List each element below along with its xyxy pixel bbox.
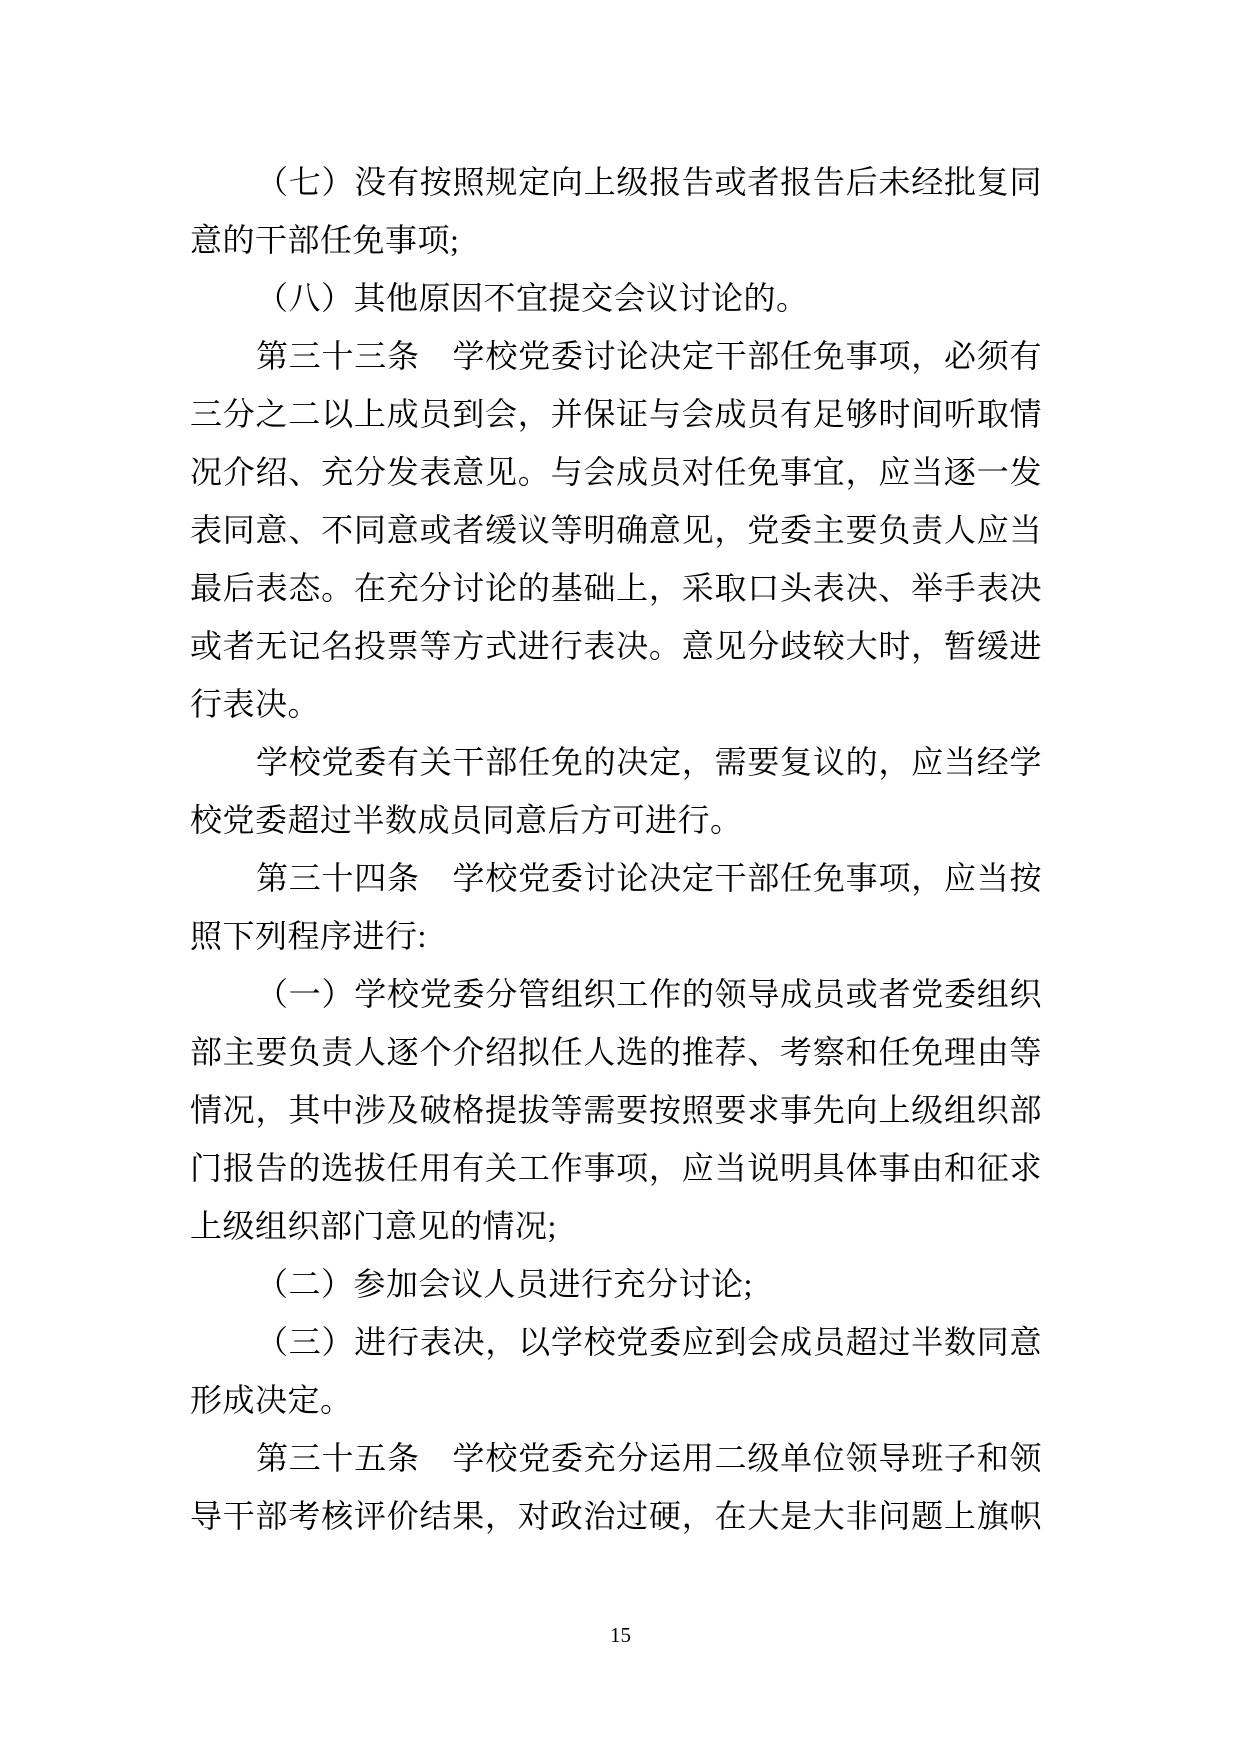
text-line: （二）参加会议人员进行充分讨论; [190,1255,1042,1313]
text-line: 第三十三条 学校党委讨论决定干部任免事项，必须有 [190,327,1042,385]
text-line: （七）没有按照规定向上级报告或者报告后未经批复同 [190,153,1042,211]
document-body: （七）没有按照规定向上级报告或者报告后未经批复同 意的干部任免事项; （八）其他… [190,153,1042,1545]
text-line: 照下列程序进行: [190,907,1042,965]
text-line: 部主要负责人逐个介绍拟任人选的推荐、考察和任免理由等 [190,1023,1042,1081]
text-line: 行表决。 [190,675,1042,733]
text-line: 况介绍、充分发表意见。与会成员对任免事宜，应当逐一发 [190,443,1042,501]
text-line: （三）进行表决，以学校党委应到会成员超过半数同意 [190,1313,1042,1371]
page-number: 15 [0,1622,1241,1648]
text-line: 表同意、不同意或者缓议等明确意见，党委主要负责人应当 [190,501,1042,559]
text-line: 情况，其中涉及破格提拔等需要按照要求事先向上级组织部 [190,1081,1042,1139]
text-line: 校党委超过半数成员同意后方可进行。 [190,791,1042,849]
document-page: （七）没有按照规定向上级报告或者报告后未经批复同 意的干部任免事项; （八）其他… [0,0,1241,1754]
text-line: 意的干部任免事项; [190,211,1042,269]
text-line: （八）其他原因不宜提交会议讨论的。 [190,269,1042,327]
text-line: （一）学校党委分管组织工作的领导成员或者党委组织 [190,965,1042,1023]
text-line: 学校党委有关干部任免的决定，需要复议的，应当经学 [190,733,1042,791]
text-line: 门报告的选拔任用有关工作事项，应当说明具体事由和征求 [190,1139,1042,1197]
text-line: 或者无记名投票等方式进行表决。意见分歧较大时，暂缓进 [190,617,1042,675]
text-line: 形成决定。 [190,1371,1042,1429]
text-line: 第三十五条 学校党委充分运用二级单位领导班子和领 [190,1429,1042,1487]
text-line: 第三十四条 学校党委讨论决定干部任免事项，应当按 [190,849,1042,907]
text-line: 导干部考核评价结果，对政治过硬，在大是大非问题上旗帜 [190,1487,1042,1545]
text-line: 上级组织部门意见的情况; [190,1197,1042,1255]
text-line: 最后表态。在充分讨论的基础上，采取口头表决、举手表决 [190,559,1042,617]
text-line: 三分之二以上成员到会，并保证与会成员有足够时间听取情 [190,385,1042,443]
